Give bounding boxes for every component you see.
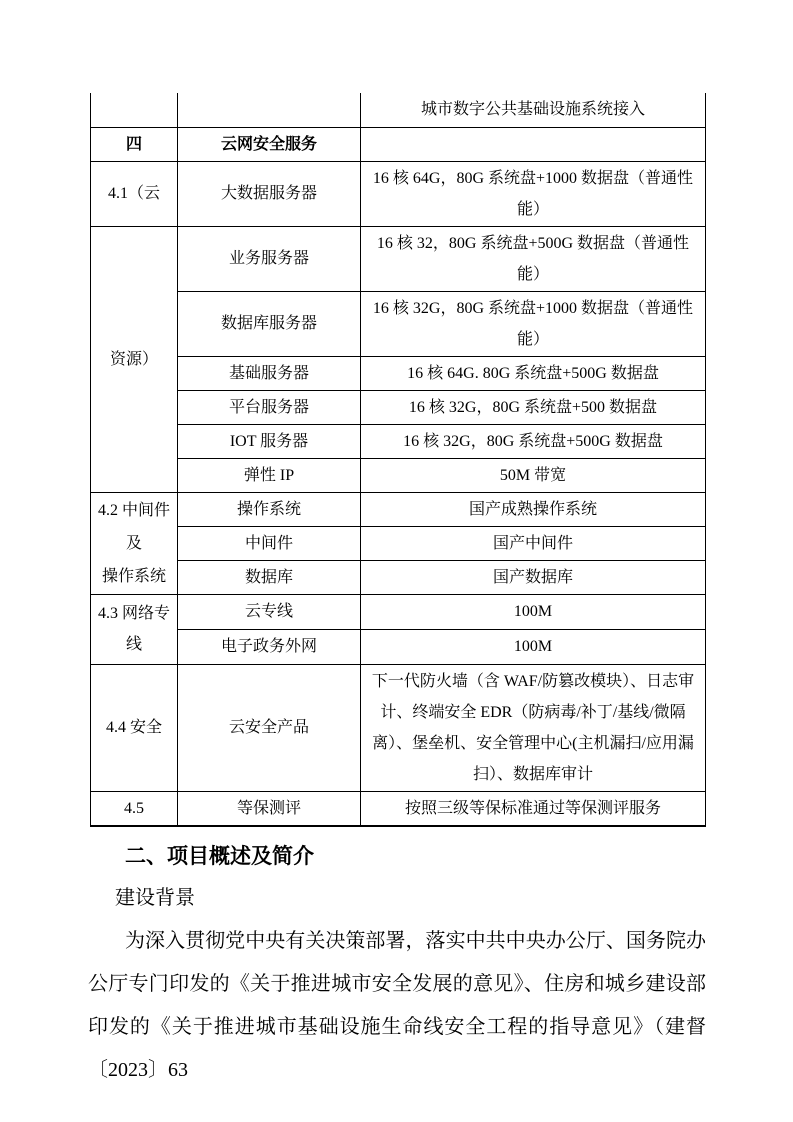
cell-category: 4.2 中间件及 操作系统	[91, 492, 178, 594]
body-paragraph: 为深入贯彻党中央有关决策部署，落实中共中央办公厅、国务院办公厅专门印发的《关于推…	[88, 920, 706, 1092]
cell-category: 4.4 安全	[91, 664, 178, 791]
cell-value: 城市数字公共基础设施系统接入	[361, 93, 706, 127]
cell-item: 业务服务器	[178, 226, 361, 291]
cell-value: 16 核 64G. 80G 系统盘+500G 数据盘	[361, 356, 706, 390]
cell-value: 国产中间件	[361, 526, 706, 560]
table-row: 城市数字公共基础设施系统接入	[91, 93, 706, 127]
table-row: 基础服务器 16 核 64G. 80G 系统盘+500G 数据盘	[91, 356, 706, 390]
cell-value: 16 核 32G，80G 系统盘+500G 数据盘	[361, 424, 706, 458]
cell-item	[178, 93, 361, 127]
cell-item: 操作系统	[178, 492, 361, 526]
table-row: IOT 服务器 16 核 32G，80G 系统盘+500G 数据盘	[91, 424, 706, 458]
table-row: 资源） 业务服务器 16 核 32，80G 系统盘+500G 数据盘（普通性能）	[91, 226, 706, 291]
cell-category: 4.1（云	[91, 161, 178, 226]
spec-table: 城市数字公共基础设施系统接入 四 云网安全服务 4.1（云 大数据服务器 16 …	[90, 93, 706, 827]
cell-item: 电子政务外网	[178, 629, 361, 664]
cell-item: 大数据服务器	[178, 161, 361, 226]
category-line: 操作系统	[96, 560, 172, 593]
cell-value: 国产数据库	[361, 560, 706, 594]
cell-value: 16 核 32G，80G 系统盘+1000 数据盘（普通性能）	[361, 291, 706, 356]
cell-item: 平台服务器	[178, 390, 361, 424]
table-row: 中间件 国产中间件	[91, 526, 706, 560]
document-page: 城市数字公共基础设施系统接入 四 云网安全服务 4.1（云 大数据服务器 16 …	[0, 0, 793, 1122]
subsection-heading: 建设背景	[88, 883, 706, 913]
cell-item: 云网安全服务	[178, 127, 361, 161]
cell-value	[361, 127, 706, 161]
cell-item: IOT 服务器	[178, 424, 361, 458]
cell-category: 4.5	[91, 791, 178, 826]
cell-value: 50M 带宽	[361, 458, 706, 492]
cell-item: 中间件	[178, 526, 361, 560]
cell-value: 16 核 64G，80G 系统盘+1000 数据盘（普通性能）	[361, 161, 706, 226]
cell-value: 100M	[361, 594, 706, 629]
cell-category: 资源）	[91, 226, 178, 492]
table-row: 4.5 等保测评 按照三级等保标准通过等保测评服务	[91, 791, 706, 826]
document-content: 城市数字公共基础设施系统接入 四 云网安全服务 4.1（云 大数据服务器 16 …	[88, 93, 706, 1092]
table-row: 4.3 网络专线 云专线 100M	[91, 594, 706, 629]
cell-value: 100M	[361, 629, 706, 664]
cell-category: 4.3 网络专线	[91, 594, 178, 664]
section-heading: 二、项目概述及简介	[88, 842, 706, 872]
table-row: 数据库服务器 16 核 32G，80G 系统盘+1000 数据盘（普通性能）	[91, 291, 706, 356]
table-row: 弹性 IP 50M 带宽	[91, 458, 706, 492]
table-row: 电子政务外网 100M	[91, 629, 706, 664]
cell-item: 弹性 IP	[178, 458, 361, 492]
cell-item: 数据库服务器	[178, 291, 361, 356]
cell-value: 16 核 32，80G 系统盘+500G 数据盘（普通性能）	[361, 226, 706, 291]
cell-item: 云专线	[178, 594, 361, 629]
table-row: 4.4 安全 云安全产品 下一代防火墙（含 WAF/防篡改模块）、日志审计、终端…	[91, 664, 706, 791]
cell-item: 数据库	[178, 560, 361, 594]
table-row: 4.1（云 大数据服务器 16 核 64G，80G 系统盘+1000 数据盘（普…	[91, 161, 706, 226]
cell-item: 等保测评	[178, 791, 361, 826]
cell-item: 云安全产品	[178, 664, 361, 791]
table-row: 4.2 中间件及 操作系统 操作系统 国产成熟操作系统	[91, 492, 706, 526]
table-row: 平台服务器 16 核 32G，80G 系统盘+500 数据盘	[91, 390, 706, 424]
cell-value: 国产成熟操作系统	[361, 492, 706, 526]
cell-value: 下一代防火墙（含 WAF/防篡改模块）、日志审计、终端安全 EDR（防病毒/补丁…	[361, 664, 706, 791]
table-row: 数据库 国产数据库	[91, 560, 706, 594]
cell-value: 按照三级等保标准通过等保测评服务	[361, 791, 706, 826]
cell-value: 16 核 32G，80G 系统盘+500 数据盘	[361, 390, 706, 424]
cell-item: 基础服务器	[178, 356, 361, 390]
cell-category	[91, 93, 178, 127]
table-row: 四 云网安全服务	[91, 127, 706, 161]
category-line: 4.2 中间件及	[96, 494, 172, 560]
cell-category: 四	[91, 127, 178, 161]
